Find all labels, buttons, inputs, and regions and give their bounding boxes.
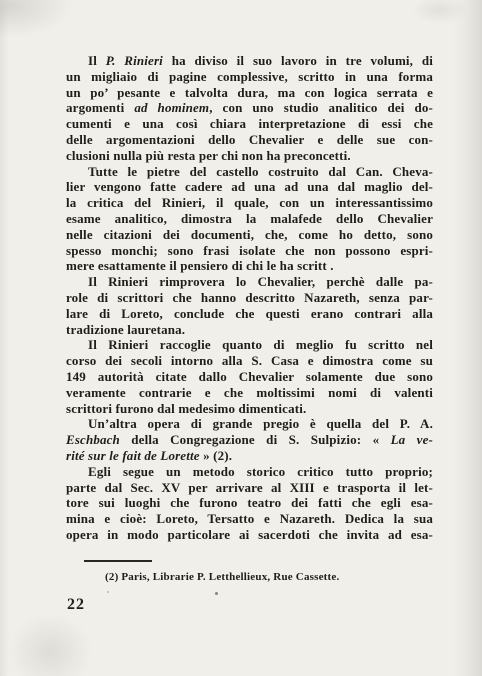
italic-text-segment: P. Rinieri bbox=[106, 53, 163, 68]
text-segment: lier vengono fatte cadere ad una ad una … bbox=[66, 179, 433, 194]
italic-text-segment: rité sur le fait de Lorette bbox=[66, 448, 200, 463]
text-segment: spesso monchi; sono frasi isolate che no… bbox=[66, 243, 433, 258]
text-line: role di scrittori che hanno descritto Na… bbox=[66, 290, 433, 306]
italic-text-segment: Eschbach bbox=[66, 432, 120, 447]
text-line: tore sui luoghi che furono teatro dei fa… bbox=[66, 495, 433, 511]
text-line: un po’ pesante e talvolta dura, ma con l… bbox=[66, 85, 433, 101]
text-segment: Il Rinieri raccoglie quanto di meglio fu… bbox=[88, 337, 433, 352]
footnote: (2) Paris, Librarie P. Letthellieux, Rue… bbox=[105, 571, 339, 583]
text-line: tradizione lauretana. bbox=[66, 322, 433, 338]
text-segment: argomenti bbox=[66, 100, 134, 115]
text-line: spesso monchi; sono frasi isolate che no… bbox=[66, 243, 433, 259]
text-line: parte dal Sec. XV per arrivare al XIII e… bbox=[66, 480, 433, 496]
paragraph: Il Rinieri rimprovera lo Chevalier, perc… bbox=[66, 274, 433, 337]
text-segment: esame analitico, dimostra la malafede de… bbox=[66, 211, 433, 226]
text-segment: tradizione lauretana. bbox=[66, 322, 185, 337]
text-line: cumenti e una così chiara interpretazion… bbox=[66, 116, 433, 132]
text-segment: lare di Loreto, conclude che questi eran… bbox=[66, 306, 433, 321]
text-segment: nelle citazioni dei documenti, che, come… bbox=[66, 227, 433, 242]
book-page: Il P. Rinieri ha diviso il suo lavoro in… bbox=[0, 0, 482, 676]
text-segment: delle argomentazioni dello Chevalier e d… bbox=[66, 132, 433, 147]
text-line: Egli segue un metodo storico critico tut… bbox=[66, 464, 433, 480]
italic-text-segment: La ve- bbox=[391, 432, 433, 447]
text-line: mere esattamente il pensiero di chi le h… bbox=[66, 258, 433, 274]
text-line: esame analitico, dimostra la malafede de… bbox=[66, 211, 433, 227]
paragraph: Il Rinieri raccoglie quanto di meglio fu… bbox=[66, 337, 433, 416]
text-line: mina e cioè: Loreto, Tersatto e Nazareth… bbox=[66, 511, 433, 527]
text-segment: parte dal Sec. XV per arrivare al XIII e… bbox=[66, 480, 433, 495]
text-segment: corso dei secoli intorno alla S. Casa e … bbox=[66, 353, 433, 368]
scan-speck bbox=[215, 592, 218, 595]
text-line: la critica del Rinieri, il quale, con un… bbox=[66, 195, 433, 211]
paragraph: Il P. Rinieri ha diviso il suo lavoro in… bbox=[66, 53, 433, 164]
text-segment: ha diviso il suo lavoro in tre volumi, d… bbox=[163, 53, 433, 68]
text-segment: mere esattamente il pensiero di chi le h… bbox=[66, 258, 334, 273]
text-segment: opera in modo particolare ai sacerdoti c… bbox=[66, 527, 433, 542]
text-line: un migliaio di pagine complessive, scrit… bbox=[66, 69, 433, 85]
text-line: argomenti ad hominem, con uno studio ana… bbox=[66, 100, 433, 116]
page-number: 22 bbox=[67, 596, 85, 614]
text-segment: cumenti e una così chiara interpretazion… bbox=[66, 116, 433, 131]
text-segment: role di scrittori che hanno descritto Na… bbox=[66, 290, 433, 305]
text-segment: la critica del Rinieri, il quale, con un… bbox=[66, 195, 433, 210]
text-segment: veramente contrarie e che moltissimi nom… bbox=[66, 385, 433, 400]
text-line: Il Rinieri raccoglie quanto di meglio fu… bbox=[66, 337, 433, 353]
text-line: opera in modo particolare ai sacerdoti c… bbox=[66, 527, 433, 543]
text-segment: tore sui luoghi che furono teatro dei fa… bbox=[66, 495, 433, 510]
text-segment: , con uno studio analitico dei do- bbox=[209, 100, 433, 115]
text-line: lier vengono fatte cadere ad una ad una … bbox=[66, 179, 433, 195]
text-segment: Il Rinieri rimprovera lo Chevalier, perc… bbox=[88, 274, 433, 289]
text-line: Un’altra opera di grande pregio è quella… bbox=[66, 416, 433, 432]
text-segment: Il bbox=[88, 53, 106, 68]
text-segment: un migliaio di pagine complessive, scrit… bbox=[66, 69, 433, 84]
text-segment: mina e cioè: Loreto, Tersatto e Nazareth… bbox=[66, 511, 433, 526]
text-segment: Egli segue un metodo storico critico tut… bbox=[88, 464, 433, 479]
text-line: Tutte le pietre del castello costruito d… bbox=[66, 164, 433, 180]
text-line: Il Rinieri rimprovera lo Chevalier, perc… bbox=[66, 274, 433, 290]
text-segment: scrittori furono dal medesimo dimenticat… bbox=[66, 401, 306, 416]
text-segment: Un’altra opera di grande pregio è quella… bbox=[88, 416, 433, 431]
scan-speck bbox=[107, 591, 109, 593]
text-line: delle argomentazioni dello Chevalier e d… bbox=[66, 132, 433, 148]
text-line: nelle citazioni dei documenti, che, come… bbox=[66, 227, 433, 243]
text-line: corso dei secoli intorno alla S. Casa e … bbox=[66, 353, 433, 369]
text-line: Il P. Rinieri ha diviso il suo lavoro in… bbox=[66, 53, 433, 69]
text-segment: Tutte le pietre del castello costruito d… bbox=[88, 164, 433, 179]
paragraph: Egli segue un metodo storico critico tut… bbox=[66, 464, 433, 543]
paragraph: Un’altra opera di grande pregio è quella… bbox=[66, 416, 433, 463]
footnote-divider bbox=[84, 560, 152, 562]
text-line: lare di Loreto, conclude che questi eran… bbox=[66, 306, 433, 322]
text-segment: della Congregazione di S. Sulpizio: « bbox=[120, 432, 391, 447]
italic-text-segment: ad hominem bbox=[134, 100, 209, 115]
text-line: 149 autorità citate dallo Chevalier sola… bbox=[66, 369, 433, 385]
text-line: clusioni nulla più resta per chi non ha … bbox=[66, 148, 433, 164]
text-line: Eschbach della Congregazione di S. Sulpi… bbox=[66, 432, 433, 448]
text-segment: clusioni nulla più resta per chi non ha … bbox=[66, 148, 351, 163]
text-line: scrittori furono dal medesimo dimenticat… bbox=[66, 401, 433, 417]
text-line: rité sur le fait de Lorette » (2). bbox=[66, 448, 433, 464]
body-text: Il P. Rinieri ha diviso il suo lavoro in… bbox=[66, 53, 433, 543]
text-segment: un po’ pesante e talvolta dura, ma con l… bbox=[66, 85, 433, 100]
text-segment: » (2). bbox=[200, 448, 232, 463]
text-segment: 149 autorità citate dallo Chevalier sola… bbox=[66, 369, 433, 384]
paragraph: Tutte le pietre del castello costruito d… bbox=[66, 164, 433, 275]
text-line: veramente contrarie e che moltissimi nom… bbox=[66, 385, 433, 401]
